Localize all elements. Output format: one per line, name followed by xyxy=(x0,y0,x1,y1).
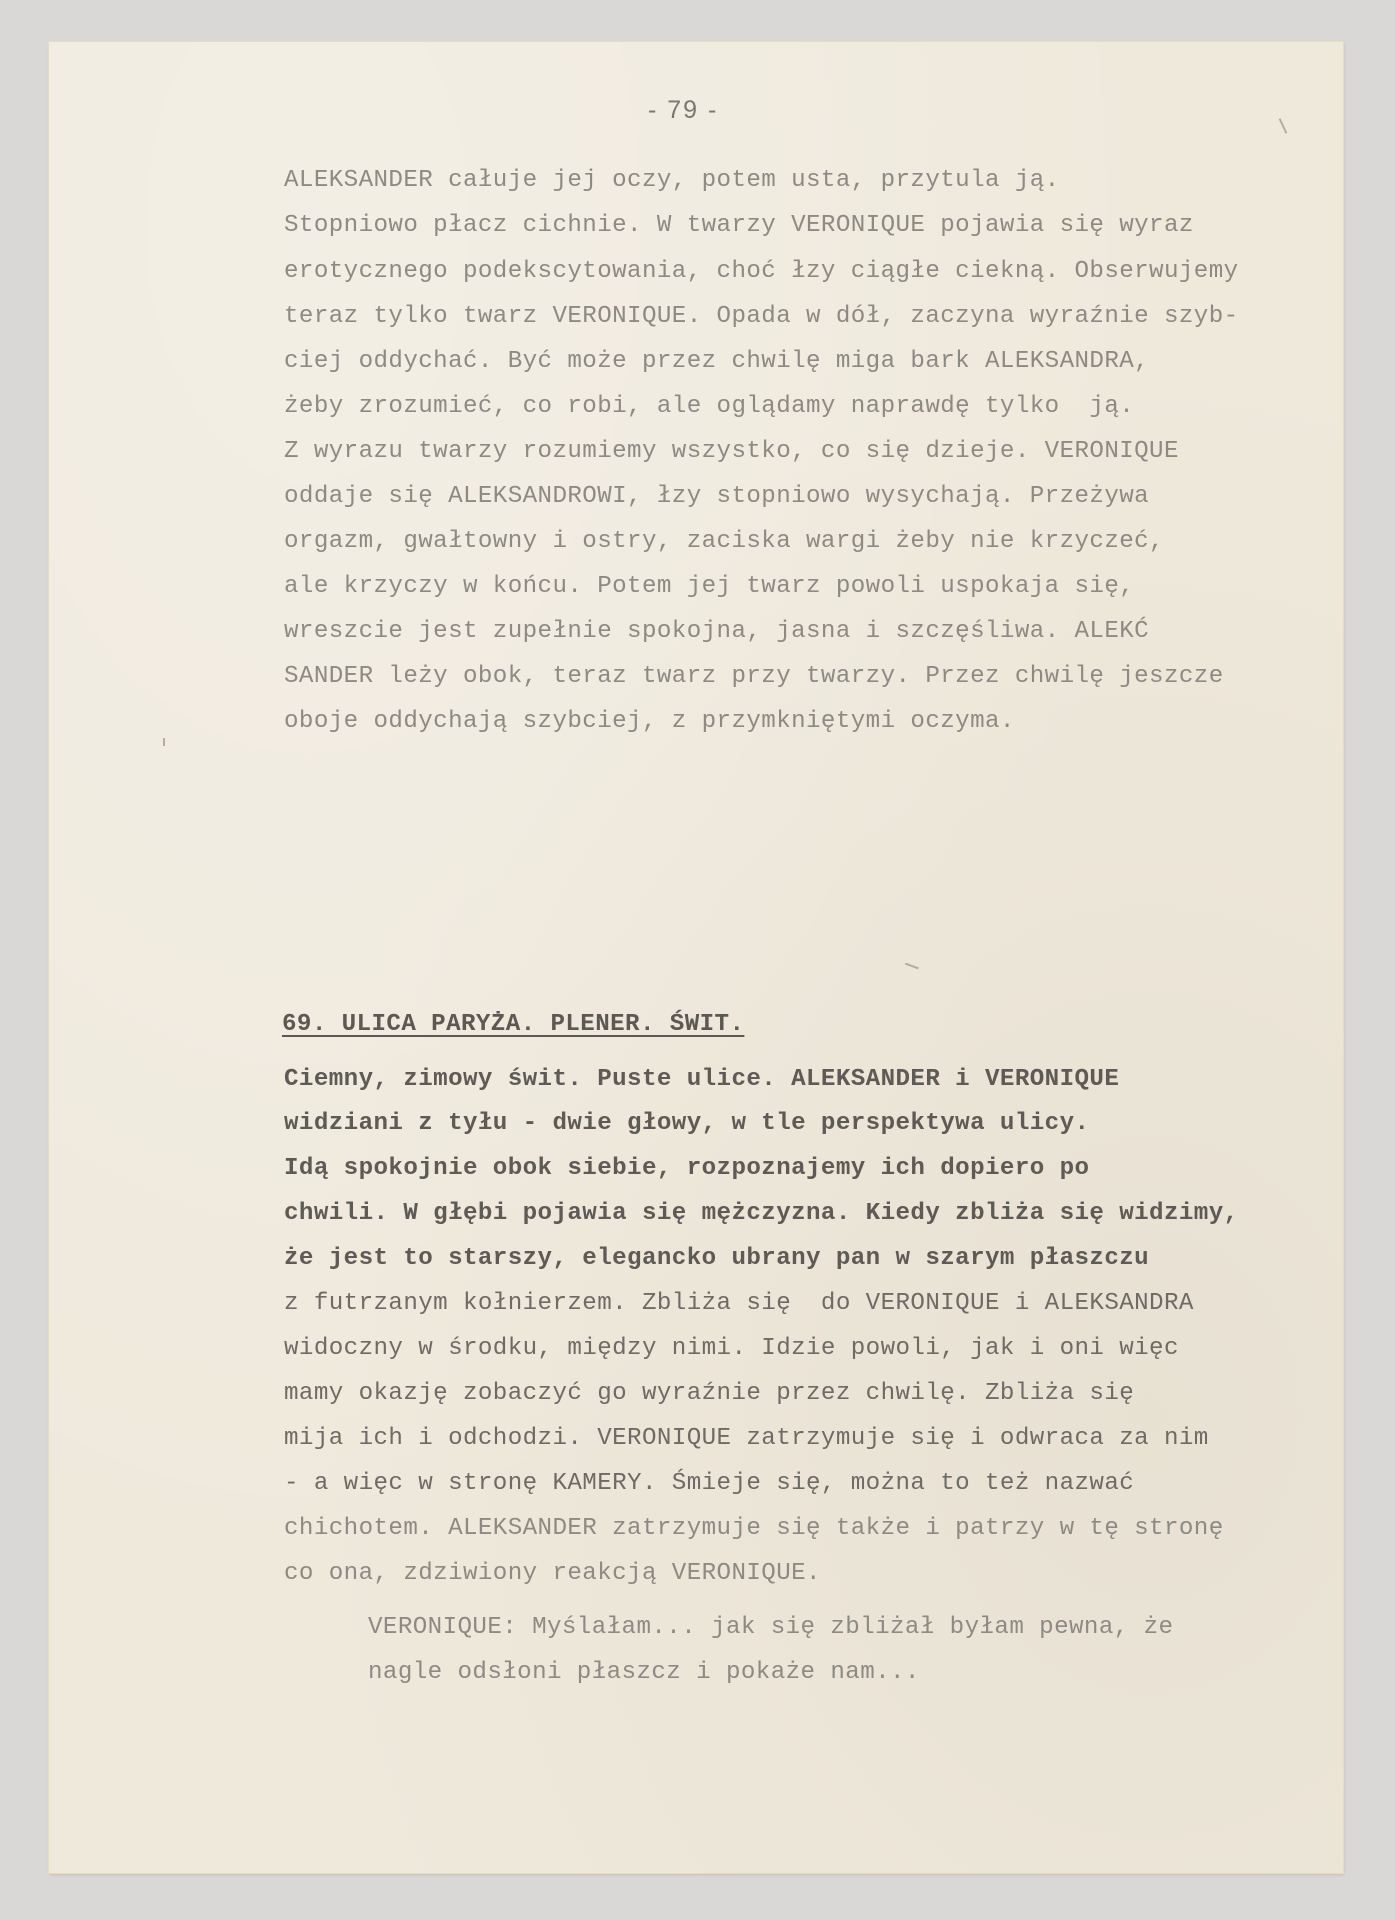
text-line: Stopniowo płacz cichnie. W twarzy VERONI… xyxy=(284,211,1194,241)
scene-heading: 69. ULICA PARYŻA. PLENER. ŚWIT. xyxy=(282,1010,744,1040)
text-line: orgazm, gwałtowny i ostry, zaciska wargi… xyxy=(284,527,1164,557)
text-line: erotycznego podekscytowania, choć łzy ci… xyxy=(284,257,1239,287)
text-line: oboje oddychają szybciej, z przymkniętym… xyxy=(284,707,1015,737)
dialogue-line: nagle odsłoni płaszcz i pokaże nam... xyxy=(368,1658,920,1688)
text-line: ale krzyczy w końcu. Potem jej twarz pow… xyxy=(284,572,1134,602)
scene-line: mija ich i odchodzi. VERONIQUE zatrzymuj… xyxy=(284,1424,1209,1454)
scene-line: Idą spokojnie obok siebie, rozpoznajemy … xyxy=(284,1154,1089,1184)
text-line: żeby zrozumieć, co robi, ale oglądamy na… xyxy=(284,392,1134,422)
scene-line: z futrzanym kołnierzem. Zbliża się do VE… xyxy=(284,1289,1194,1319)
scene-line: mamy okazję zobaczyć go wyraźnie przez c… xyxy=(284,1379,1134,1409)
text-line: wreszcie jest zupełnie spokojna, jasna i… xyxy=(284,617,1149,647)
text-line: teraz tylko twarz VERONIQUE. Opada w dół… xyxy=(284,302,1239,332)
scene-line: chichotem. ALEKSANDER zatrzymuje się tak… xyxy=(284,1514,1224,1544)
scene-line: Ciemny, zimowy świt. Puste ulice. ALEKSA… xyxy=(284,1065,1119,1095)
text-line: oddaje się ALEKSANDROWI, łzy stopniowo w… xyxy=(284,482,1149,512)
text-line: Z wyrazu twarzy rozumiemy wszystko, co s… xyxy=(284,437,1179,467)
scene-line: widoczny w środku, między nimi. Idzie po… xyxy=(284,1334,1179,1364)
page-number: - 79 - xyxy=(648,96,718,125)
scene-line: - a więc w stronę KAMERY. Śmieje się, mo… xyxy=(284,1469,1134,1499)
paper-mark xyxy=(163,738,165,746)
text-line: ciej oddychać. Być może przez chwilę mig… xyxy=(284,347,1149,377)
scene-line: że jest to starszy, elegancko ubrany pan… xyxy=(284,1244,1149,1274)
scene-line: widziani z tyłu - dwie głowy, w tle pers… xyxy=(284,1109,1089,1139)
text-line: ALEKSANDER całuje jej oczy, potem usta, … xyxy=(284,166,1060,196)
scene-line: chwili. W głębi pojawia się mężczyzna. K… xyxy=(284,1199,1239,1229)
dialogue-line: VERONIQUE: Myślałam... jak się zbliżał b… xyxy=(368,1613,1173,1643)
text-line: SANDER leży obok, teraz twarz przy twarz… xyxy=(284,662,1224,692)
scene-line: co ona, zdziwiony reakcją VERONIQUE. xyxy=(284,1559,821,1589)
